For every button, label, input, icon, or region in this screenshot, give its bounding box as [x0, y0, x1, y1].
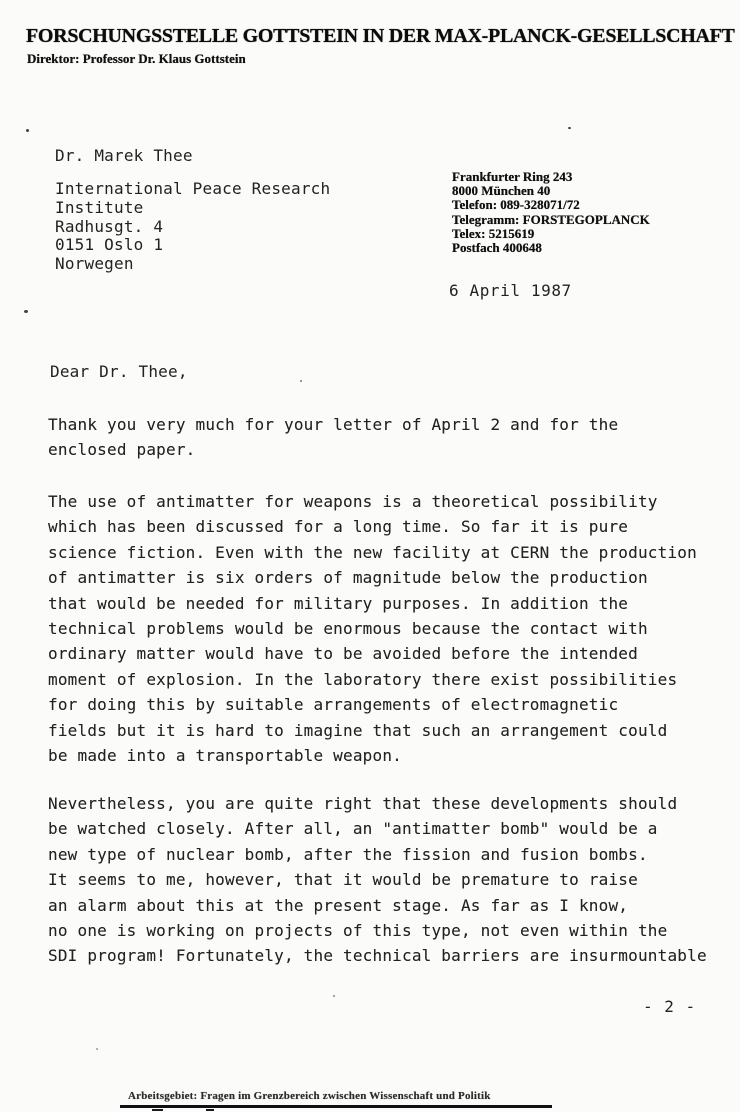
scan-mark — [206, 1109, 214, 1111]
footer-rule — [120, 1105, 552, 1108]
scan-speck — [96, 1048, 98, 1050]
body-paragraph-2: The use of antimatter for weapons is a t… — [48, 489, 733, 768]
recipient-address: International Peace Research Institute R… — [55, 180, 330, 274]
scan-speck — [26, 129, 29, 132]
scan-speck — [24, 310, 28, 313]
scan-speck — [568, 127, 571, 129]
scan-speck — [300, 380, 302, 382]
recipient-name: Dr. Marek Thee — [55, 146, 193, 165]
page-number: - 2 - — [643, 997, 696, 1016]
scan-speck — [333, 995, 335, 997]
salutation: Dear Dr. Thee, — [50, 362, 188, 381]
letter-page: FORSCHUNGSSTELLE GOTTSTEIN IN DER MAX-PL… — [0, 0, 740, 1112]
letter-date: 6 April 1987 — [449, 281, 572, 300]
body-paragraph-1: Thank you very much for your letter of A… — [48, 412, 733, 463]
body-paragraph-3: Nevertheless, you are quite right that t… — [48, 791, 733, 969]
scan-mark — [152, 1109, 163, 1111]
footer-note: Arbeitsgebiet: Fragen im Grenzbereich zw… — [128, 1090, 491, 1102]
letterhead-organization: FORSCHUNGSSTELLE GOTTSTEIN IN DER MAX-PL… — [26, 25, 738, 48]
sender-address: Frankfurter Ring 243 8000 München 40 Tel… — [452, 170, 650, 255]
letterhead-director: Direktor: Professor Dr. Klaus Gottstein — [27, 51, 246, 67]
